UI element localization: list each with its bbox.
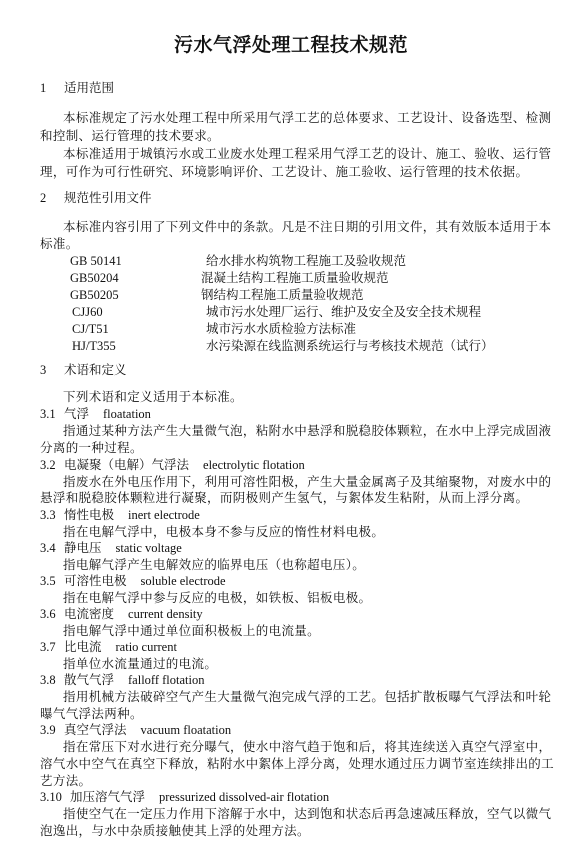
paragraph-line: 本标准规定了污水处理工程中所采用气浮工艺的总体要求、工艺设计、设备选型、检测 xyxy=(63,110,551,126)
term-heading: 3.2电凝聚（电解）气浮法electrolytic flotation xyxy=(40,457,305,473)
term-number: 3.10 xyxy=(40,789,70,805)
term-number: 3.9 xyxy=(40,722,64,738)
term-number: 3.1 xyxy=(40,406,64,422)
term-zh: 真空气浮法 xyxy=(64,722,127,737)
reference-title: 钢结构工程施工质量验收规范 xyxy=(201,287,364,303)
reference-code: CJ/T51 xyxy=(72,321,109,337)
definition-line: 曝气气浮法两种。 xyxy=(40,706,143,722)
section-2-heading: 2规范性引用文件 xyxy=(40,190,152,206)
term-heading: 3.9真空气浮法vacuum floatation xyxy=(40,722,231,738)
document-page: 污水气浮处理工程技术规范 1适用范围 本标准规定了污水处理工程中所采用气浮工艺的… xyxy=(0,0,582,851)
term-zh: 可溶性电极 xyxy=(64,573,127,588)
term-en: inert electrode xyxy=(128,508,200,522)
reference-title: 给水排水构筑物工程施工及验收规范 xyxy=(206,253,406,269)
section-number: 1 xyxy=(40,80,64,96)
definition-line: 泡逸出，与水中杂质接触使其上浮的处理方法。 xyxy=(40,823,310,839)
reference-title: 城市污水水质检验方法标准 xyxy=(206,321,356,337)
term-heading: 3.4静电压static voltage xyxy=(40,540,182,556)
definition-line: 指用机械方法破碎空气产生大量微气泡完成气浮的工艺。包括扩散板曝气气浮法和叶轮 xyxy=(63,689,551,705)
term-zh: 散气气浮 xyxy=(64,672,114,687)
paragraph-line: 和控制、运行管理的技术要求。 xyxy=(40,128,220,144)
definition-line: 指在常压下对水进行充分曝气，使水中溶气趋于饱和后，将其连续送入真空气浮室中， xyxy=(63,739,551,755)
term-zh: 静电压 xyxy=(64,540,102,555)
term-en: soluble electrode xyxy=(141,574,226,588)
term-heading: 3.1气浮floatation xyxy=(40,406,151,422)
section-title: 适用范围 xyxy=(64,80,114,95)
paragraph-line: 下列术语和定义适用于本标准。 xyxy=(63,389,243,405)
term-en: falloff flotation xyxy=(128,673,204,687)
term-en: static voltage xyxy=(116,541,182,555)
definition-line: 指在电解气浮中参与反应的电极，如铁板、铝板电极。 xyxy=(63,590,371,606)
reference-code: GB 50141 xyxy=(70,253,122,269)
term-number: 3.2 xyxy=(40,457,64,473)
term-heading: 3.10加压溶气气浮pressurized dissolved-air flot… xyxy=(40,789,329,805)
definition-line: 指单位水流量通过的电流。 xyxy=(63,656,217,672)
term-en: ratio current xyxy=(116,640,177,654)
definition-line: 悬浮和脱稳胶体颗粒进行凝聚，而阴极则产生氢气，与絮体发生粘附，从而上浮分离。 xyxy=(40,490,528,506)
document-title: 污水气浮处理工程技术规范 xyxy=(0,30,582,57)
section-title: 术语和定义 xyxy=(64,362,127,377)
term-heading: 3.8散气气浮falloff flotation xyxy=(40,672,205,688)
term-number: 3.7 xyxy=(40,639,64,655)
reference-title: 水污染源在线监测系统运行与考核技术规范（试行） xyxy=(206,338,494,354)
term-heading: 3.7比电流ratio current xyxy=(40,639,177,655)
term-number: 3.8 xyxy=(40,672,64,688)
paragraph-line: 本标准内容引用了下列文件中的条款。凡是不注日期的引用文件，其有效版本适用于本 xyxy=(63,219,551,235)
term-number: 3.3 xyxy=(40,507,64,523)
definition-line: 指在电解气浮中，电极本身不参与反应的惰性材料电极。 xyxy=(63,524,384,540)
definition-line: 指电解气浮产生电解效应的临界电压（也称超电压）。 xyxy=(63,557,365,573)
term-en: electrolytic flotation xyxy=(203,458,305,472)
term-zh: 惰性电极 xyxy=(64,507,114,522)
term-en: current density xyxy=(128,607,203,621)
paragraph-line: 理，可作为可行性研究、环境影响评价、工艺设计、施工验收、运行管理的技术依据。 xyxy=(40,164,528,180)
paragraph-line: 本标准适用于城镇污水或工业废水处理工程采用气浮工艺的设计、施工、验收、运行管 xyxy=(63,146,551,162)
reference-code: HJ/T355 xyxy=(72,338,116,354)
term-heading: 3.5可溶性电极soluble electrode xyxy=(40,573,226,589)
term-zh: 电流密度 xyxy=(64,606,114,621)
section-number: 3 xyxy=(40,362,64,378)
term-zh: 比电流 xyxy=(64,639,102,654)
section-number: 2 xyxy=(40,190,64,206)
definition-line: 艺方法。 xyxy=(40,773,91,789)
section-1-heading: 1适用范围 xyxy=(40,80,114,96)
definition-line: 指电解气浮中通过单位面积极板上的电流量。 xyxy=(63,623,320,639)
term-en: pressurized dissolved-air flotation xyxy=(159,790,329,804)
definition-line: 指废水在外电压作用下，利用可溶性阳极，产生大量金属离子及其缩聚物，对废水中的 xyxy=(63,474,551,490)
reference-code: CJJ60 xyxy=(72,304,103,320)
reference-code: GB50205 xyxy=(70,287,119,303)
term-number: 3.4 xyxy=(40,540,64,556)
paragraph-line: 标准。 xyxy=(40,236,79,252)
reference-title: 城市污水处理厂运行、维护及安全及安全技术规程 xyxy=(206,304,481,320)
term-zh: 气浮 xyxy=(64,406,89,421)
term-zh: 电凝聚（电解）气浮法 xyxy=(64,457,189,472)
reference-code: GB50204 xyxy=(70,270,119,286)
section-3-heading: 3术语和定义 xyxy=(40,362,127,378)
definition-line: 指通过某种方法产生大量微气泡，粘附水中悬浮和脱稳胶体颗粒，在水中上浮完成固液 xyxy=(63,423,551,439)
definition-line: 溶气水中空气在真空下释放，粘附水中絮体上浮分离，处理水通过压力调节室连续排出的工 xyxy=(40,756,554,772)
reference-title: 混凝土结构工程施工质量验收规范 xyxy=(201,270,389,286)
term-zh: 加压溶气气浮 xyxy=(70,789,145,804)
term-number: 3.5 xyxy=(40,573,64,589)
term-en: vacuum floatation xyxy=(141,723,232,737)
term-heading: 3.6电流密度current density xyxy=(40,606,203,622)
term-number: 3.6 xyxy=(40,606,64,622)
definition-line: 指使空气在一定压力作用下溶解于水中，达到饱和状态后再急速减压释放，空气以微气 xyxy=(63,806,551,822)
section-title: 规范性引用文件 xyxy=(64,190,152,205)
term-en: floatation xyxy=(103,407,151,421)
term-heading: 3.3惰性电极inert electrode xyxy=(40,507,200,523)
definition-line: 分离的一种过程。 xyxy=(40,440,143,456)
